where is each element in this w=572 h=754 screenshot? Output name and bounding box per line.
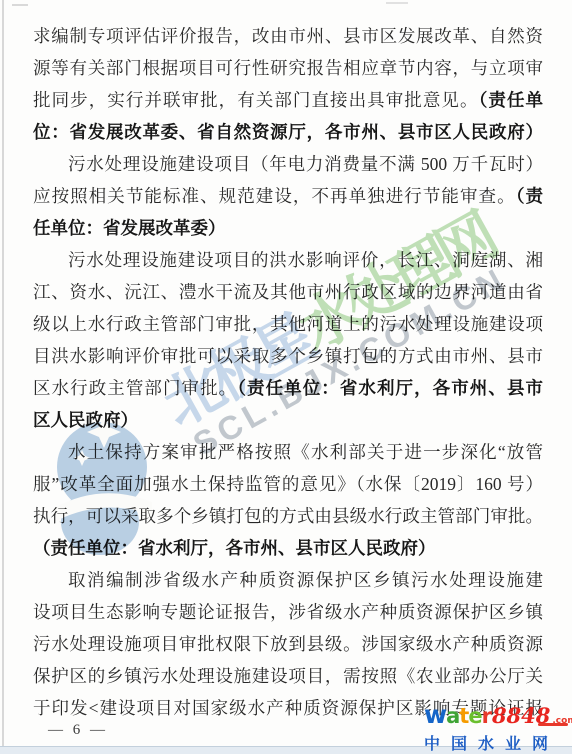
text-line: 污水处理设施建设项目（年电力消费量不满 500 万千瓦时）	[33, 148, 543, 180]
body-text: 区水行政主管部门审批。	[33, 378, 237, 398]
text-line: 批同步，实行并联审批，有关部门直接出具审批意见。（责任单	[33, 84, 543, 116]
responsible-unit-text: 位：省发展改革委、省自然资源厅，各市州、县市区人民政府）	[33, 122, 543, 142]
text-line: 位：省发展改革委、省自然资源厅，各市州、县市区人民政府）	[33, 116, 543, 148]
text-line: 执行，可以采取多个乡镇打包的方式由县级水行政主管部门审批。	[33, 500, 543, 532]
body-text: 执行，可以采取多个乡镇打包的方式由县级水行政主管部门审批。	[33, 506, 543, 526]
body-text: 保护区的乡镇污水处理设施建设项目，需按照《农业部办公厅关	[33, 666, 543, 686]
brand-letter: a	[446, 704, 459, 728]
responsible-unit-text: （责	[516, 186, 543, 206]
body-text: 级以上水行政主管部门审批，其他河道上的污水处理设施建设项	[33, 314, 543, 334]
scan-edge-line	[2, 0, 4, 747]
body-text: 服”改革全面加强水土保持监管的意见》（水保〔2019〕160 号）	[33, 474, 543, 494]
text-line: 应按照相关节能标准、规范建设，不再单独进行节能审查。（责	[33, 180, 543, 212]
document-lines: 求编制专项评估评价报告，改由市州、县市区发展改革、自然资源等有关部门根据项目可行…	[33, 20, 543, 724]
text-line: 设项目生态影响专题论证报告，涉省级水产种质资源保护区乡镇	[33, 596, 543, 628]
text-line: 江、资水、沅江、澧水干流及其他市州行政区域的边界河道由省	[33, 276, 543, 308]
body-text: 水土保持方案审批严格按照《水利部关于进一步深化“放管	[68, 442, 543, 462]
brand-letter: w	[424, 700, 446, 729]
body-text: 污水处理设施建设项目（年电力消费量不满 500 万千瓦时）	[68, 154, 543, 174]
brand-letter: e	[468, 704, 481, 728]
scan-artifact	[12, 4, 28, 6]
text-line: 级以上水行政主管部门审批，其他河道上的污水处理设施建设项	[33, 308, 543, 340]
brand-word-water: water	[424, 700, 491, 729]
brand-swoosh	[538, 723, 568, 726]
text-line: 求编制专项评估评价报告，改由市州、县市区发展改革、自然资	[33, 20, 543, 52]
text-line: 任单位：省发展改革委）	[33, 212, 543, 244]
brand-letter: r	[482, 704, 491, 728]
water8848-logo: water 8848 .com 中国水业网	[424, 700, 566, 754]
body-text: 目洪水影响评价审批可以采取多个乡镇打包的方式由市州、县市	[33, 346, 543, 366]
text-line: 源等有关部门根据项目可行性研究报告相应章节内容，与立项审	[33, 52, 543, 84]
page-number: — 6 —	[48, 722, 108, 739]
text-line: 水土保持方案审批严格按照《水利部关于进一步深化“放管	[33, 436, 543, 468]
text-line: 污水处理设施建设项目的洪水影响评价，长江、洞庭湖、湘	[33, 244, 543, 276]
responsible-unit-text: 区人民政府）	[33, 410, 138, 430]
brand-subtitle: 中国水业网	[424, 731, 566, 754]
document-page: 求编制专项评估评价报告，改由市州、县市区发展改革、自然资源等有关部门根据项目可行…	[0, 0, 572, 754]
text-line: 服”改革全面加强水土保持监管的意见》（水保〔2019〕160 号）	[33, 468, 543, 500]
body-text: 源等有关部门根据项目可行性研究报告相应章节内容，与立项审	[33, 58, 543, 78]
scan-artifact	[386, 2, 408, 4]
body-text: 江、资水、沅江、澧水干流及其他市州行政区域的边界河道由省	[33, 282, 543, 302]
body-text: 取消编制涉省级水产种质资源保护区乡镇污水处理设施建	[68, 570, 543, 590]
text-line: （责任单位：省水利厅，各市州、县市区人民政府）	[33, 532, 543, 564]
body-text: 污水处理设施项目审批权限下放到县级。涉国家级水产种质资源	[33, 634, 543, 654]
brand-letter: t	[459, 704, 468, 728]
text-line: 目洪水影响评价审批可以采取多个乡镇打包的方式由市州、县市	[33, 340, 543, 372]
responsible-unit-text: （责任单	[479, 90, 543, 110]
brand-row: water 8848 .com	[424, 700, 566, 729]
text-line: 保护区的乡镇污水处理设施建设项目，需按照《农业部办公厅关	[33, 660, 543, 692]
body-text: 设项目生态影响专题论证报告，涉省级水产种质资源保护区乡镇	[33, 602, 543, 622]
responsible-unit-text: 任单位：省发展改革委）	[33, 218, 226, 238]
body-text: 污水处理设施建设项目的洪水影响评价，长江、洞庭湖、湘	[68, 250, 543, 270]
body-text: 求编制专项评估评价报告，改由市州、县市区发展改革、自然资	[33, 26, 543, 46]
text-line: 污水处理设施项目审批权限下放到县级。涉国家级水产种质资源	[33, 628, 543, 660]
text-line: 区水行政主管部门审批。（责任单位：省水利厅，各市州、县市	[33, 372, 543, 404]
text-line: 区人民政府）	[33, 404, 543, 436]
brand-domain-wrap: .com	[552, 708, 572, 727]
body-text: 应按照相关节能标准、规范建设，不再单独进行节能审查。	[33, 186, 516, 206]
responsible-unit-text: （责任单位：省水利厅，各市州、县市区人民政府）	[33, 538, 436, 558]
text-line: 取消编制涉省级水产种质资源保护区乡镇污水处理设施建	[33, 564, 543, 596]
responsible-unit-text: （责任单位：省水利厅，各市州、县市	[237, 378, 543, 398]
body-text: 批同步，实行并联审批，有关部门直接出具审批意见。	[33, 90, 479, 110]
